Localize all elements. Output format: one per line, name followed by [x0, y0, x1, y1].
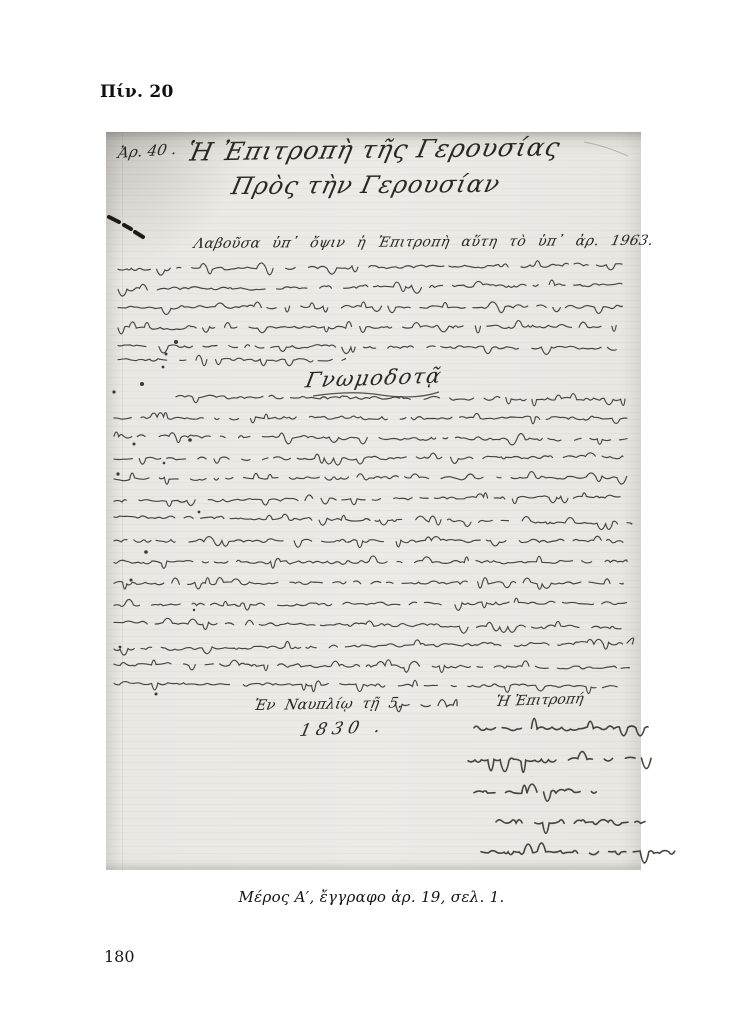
plate-label: Πίν. 20: [100, 82, 174, 102]
signature-scrawl: [481, 837, 676, 868]
signature-scrawl: [496, 807, 646, 837]
figure-caption: Μέρος Α′, ἔγγραφο ἀρ. 19, σελ. 1.: [0, 888, 743, 906]
page-number: 180: [104, 947, 135, 966]
signature-scrawl: [474, 713, 649, 743]
handwritten-month-word: [396, 691, 458, 722]
handwritten-line-paragraph1: [118, 345, 343, 376]
signature-scrawl: [468, 744, 653, 776]
handwritten-line-paragraph2: [114, 668, 619, 701]
signature-scrawl: [474, 776, 599, 807]
manuscript-scan: Ἀρ. 40 . Ἡ Ἐπιτροπὴ τῆς Γερουσίας Πρὸς τ…: [106, 132, 641, 870]
